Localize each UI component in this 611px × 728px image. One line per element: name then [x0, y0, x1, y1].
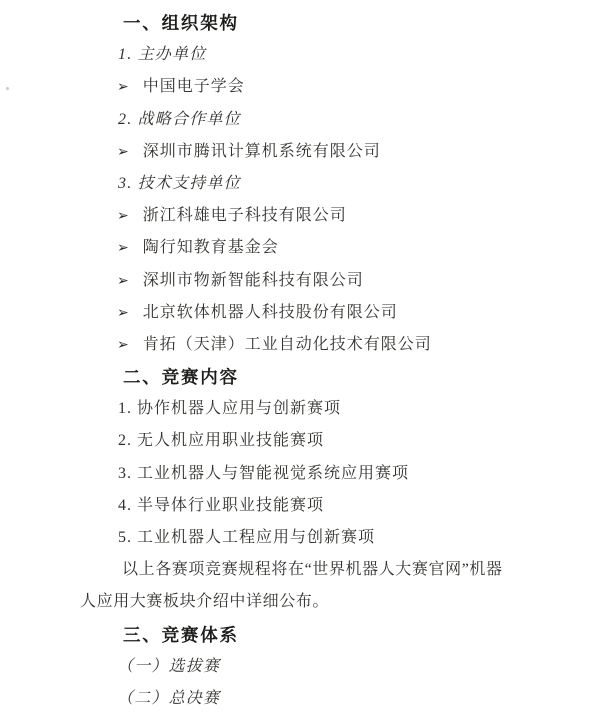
arrow-bullet-icon: ➢: [117, 330, 129, 362]
org-bullet-item: ➢北京软体机器人科技股份有限公司: [80, 297, 540, 329]
org-bullet-text: 深圳市物新智能科技有限公司: [143, 272, 364, 289]
org-bullet-item: ➢浙江科雄电子科技有限公司: [80, 200, 540, 232]
org-bullet-text: 中国电子学会: [143, 78, 245, 95]
org-numbered-sub: 3. 技术支持单位: [80, 168, 540, 200]
org-bullet-item: ➢陶行知教育基金会: [80, 232, 540, 264]
org-bullet-text: 深圳市腾讯计算机系统有限公司: [143, 143, 381, 160]
contest-numbered-item: 2. 无人机应用职业技能赛项: [80, 425, 540, 457]
contest-numbered-item: 4. 半导体行业职业技能赛项: [80, 490, 540, 522]
arrow-bullet-icon: ➢: [117, 201, 129, 233]
arrow-bullet-icon: ➢: [117, 233, 129, 265]
section-heading-organization: 一、组织架构: [80, 7, 540, 39]
section-heading-contest-system: 三、竞赛体系: [80, 619, 540, 651]
document-content: 一、组织架构 1. 主办单位 ➢中国电子学会 2. 战略合作单位 ➢深圳市腾讯计…: [80, 7, 540, 715]
contest-numbered-item: 3. 工业机器人与智能视觉系统应用赛项: [80, 458, 540, 490]
section-heading-contest-content: 二、竞赛内容: [80, 361, 540, 393]
paragraph-line: 以上各赛项竞赛规程将在“世界机器人大赛官网”机器: [80, 554, 540, 586]
scan-speck: [6, 87, 9, 90]
org-bullet-item: ➢肯拓（天津）工业自动化技术有限公司: [80, 329, 540, 361]
org-bullet-text: 陶行知教育基金会: [143, 239, 279, 256]
contest-numbered-item: 5. 工业机器人工程应用与创新赛项: [80, 522, 540, 554]
system-paren-sub: （二）总决赛: [80, 683, 540, 715]
org-bullet-item: ➢中国电子学会: [80, 71, 540, 103]
system-paren-sub: （一）选拔赛: [80, 651, 540, 683]
paragraph-line: 人应用大赛板块介绍中详细公布。: [80, 586, 540, 618]
arrow-bullet-icon: ➢: [117, 266, 129, 298]
org-bullet-item: ➢深圳市腾讯计算机系统有限公司: [80, 136, 540, 168]
org-bullet-text: 肯拓（天津）工业自动化技术有限公司: [143, 336, 432, 353]
arrow-bullet-icon: ➢: [117, 137, 129, 169]
org-bullet-text: 北京软体机器人科技股份有限公司: [143, 304, 398, 321]
arrow-bullet-icon: ➢: [117, 72, 129, 104]
org-bullet-item: ➢深圳市物新智能科技有限公司: [80, 265, 540, 297]
document-page: 一、组织架构 1. 主办单位 ➢中国电子学会 2. 战略合作单位 ➢深圳市腾讯计…: [0, 0, 611, 728]
arrow-bullet-icon: ➢: [117, 298, 129, 330]
contest-numbered-item: 1. 协作机器人应用与创新赛项: [80, 393, 540, 425]
org-numbered-sub: 1. 主办单位: [80, 39, 540, 71]
org-bullet-text: 浙江科雄电子科技有限公司: [143, 207, 347, 224]
org-numbered-sub: 2. 战略合作单位: [80, 104, 540, 136]
